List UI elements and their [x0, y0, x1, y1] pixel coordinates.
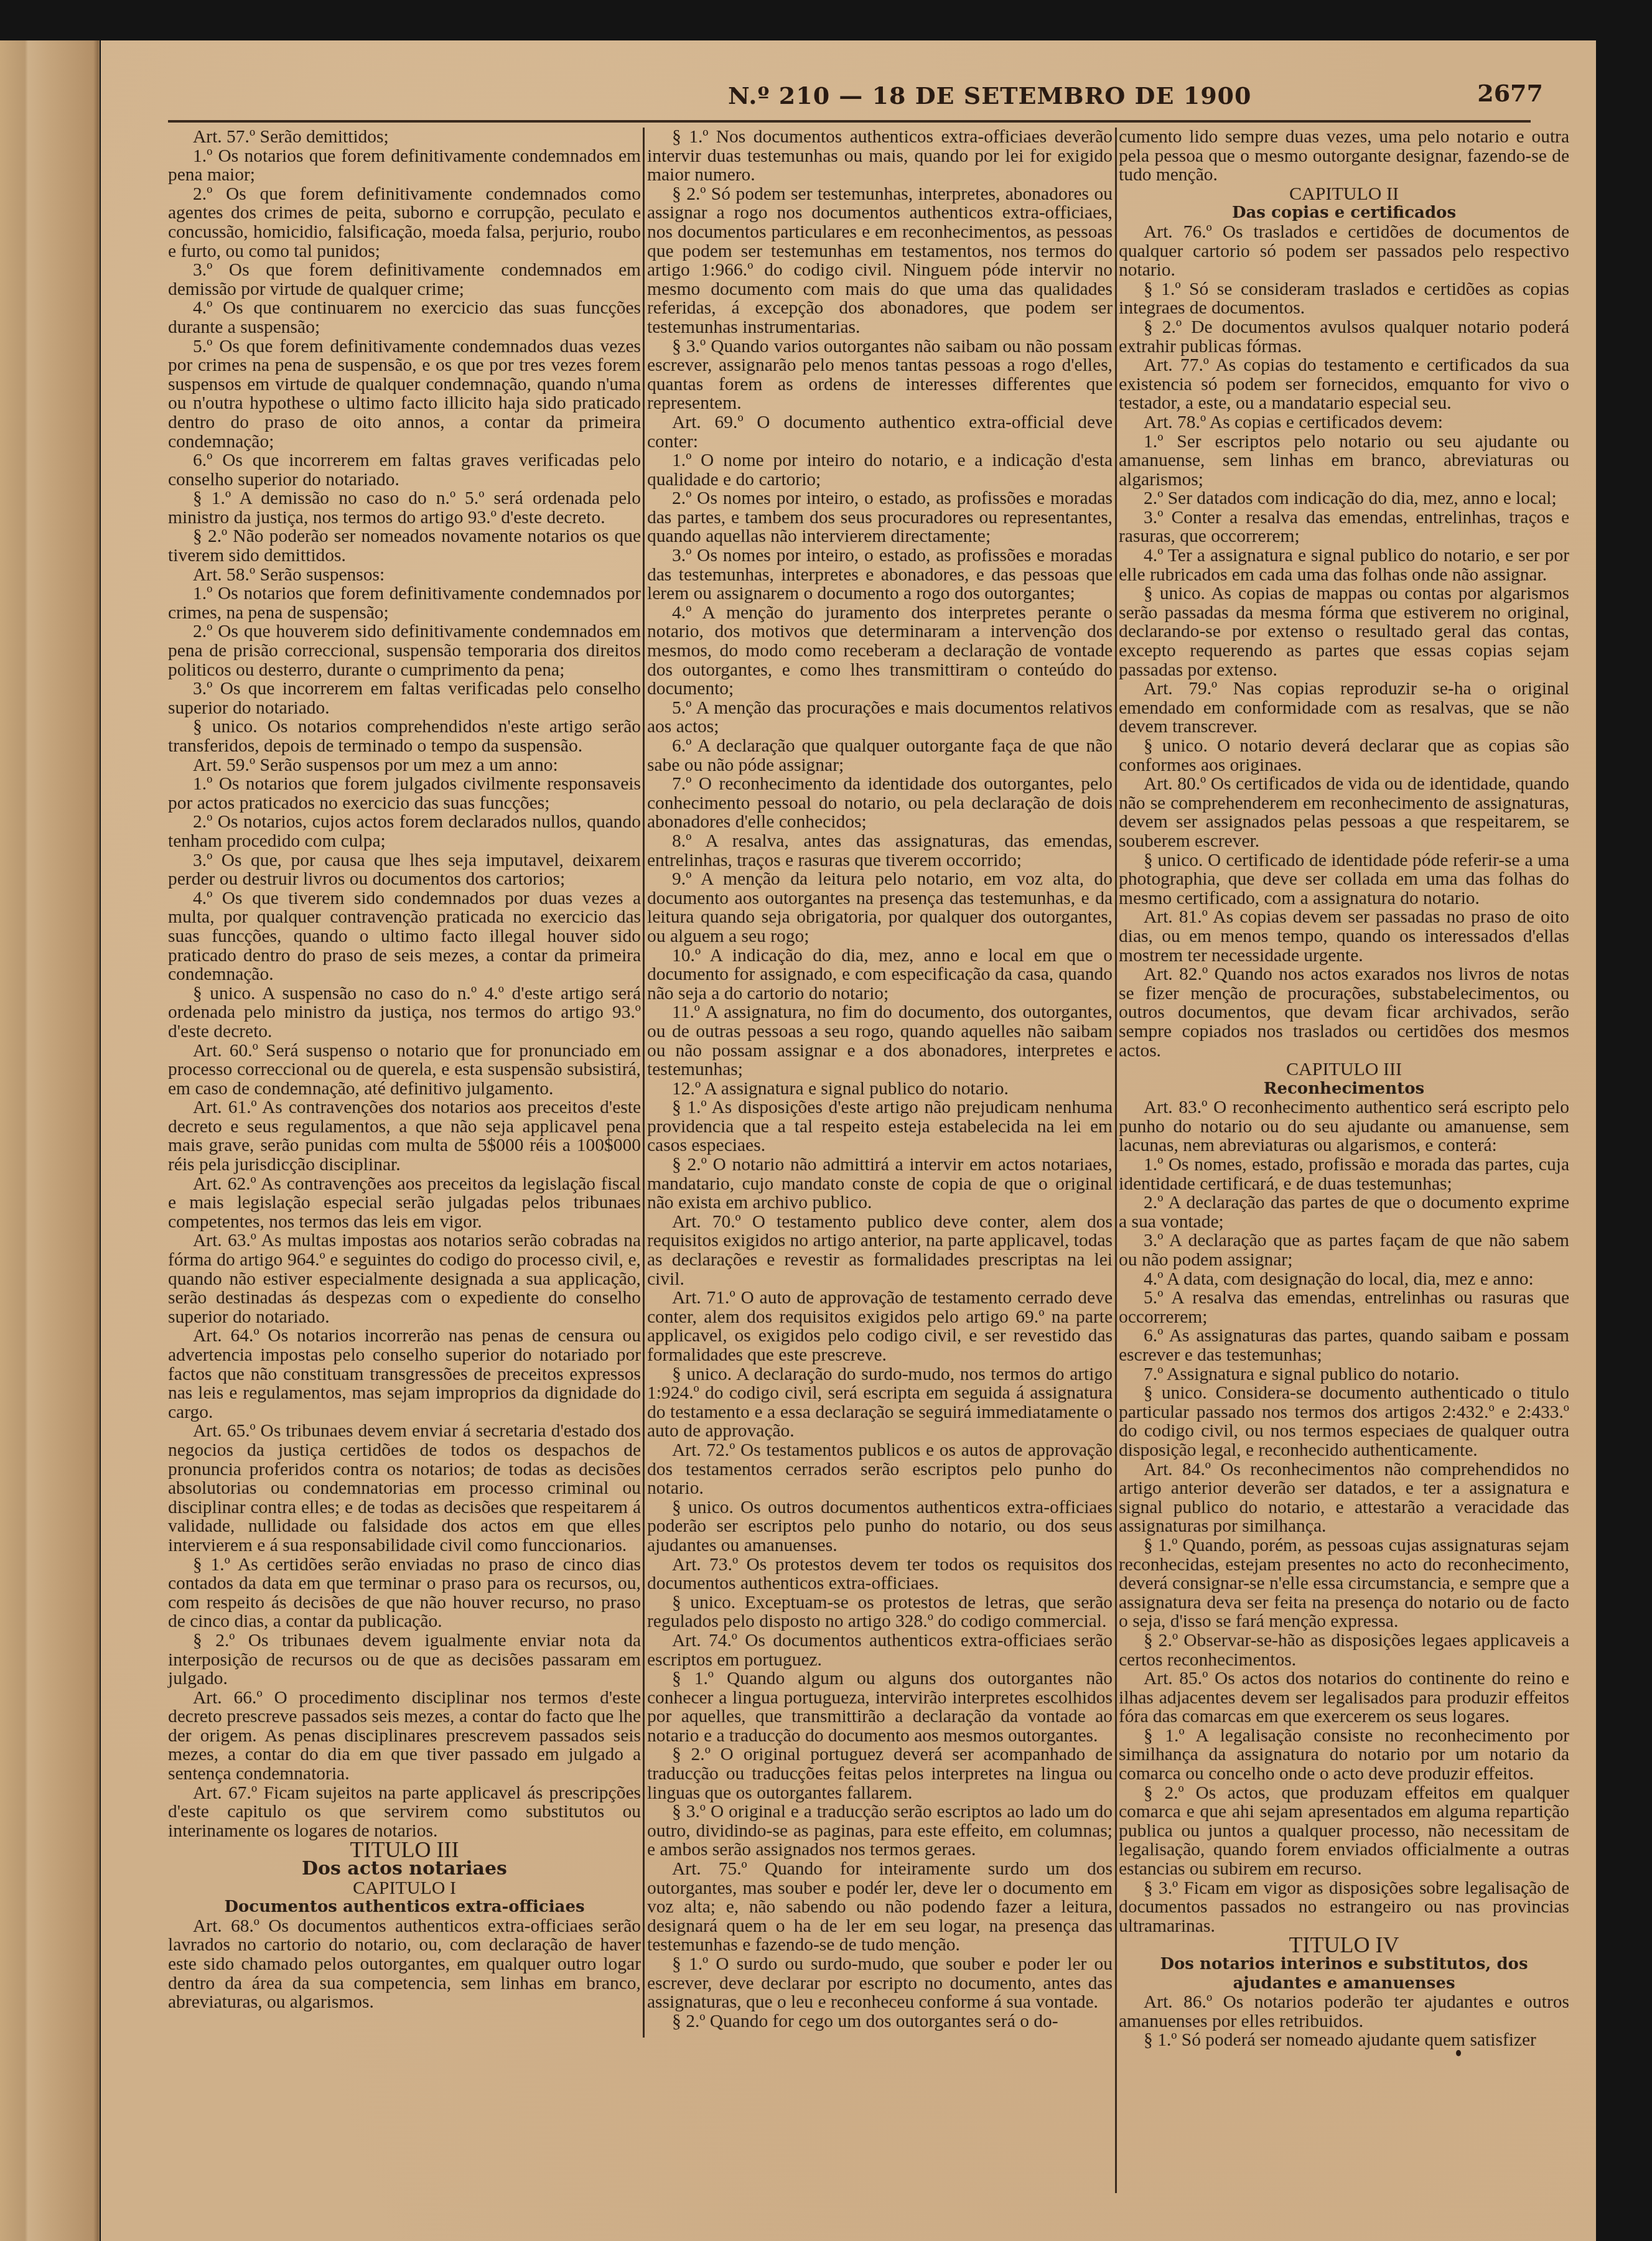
paragraph: Art. 60.º Será suspenso o notario que fo…	[168, 1041, 641, 1099]
paragraph: Art. 70.º O testamento publico deve cont…	[647, 1213, 1113, 1288]
paragraph: 3.º Os que incorrerem em faltas verifica…	[168, 679, 641, 717]
paragraph: 2.º Os notarios, cujos actos forem decla…	[168, 813, 641, 850]
paragraph: Art. 78.º As copias e certificados devem…	[1119, 413, 1569, 432]
column-right: cumento lido sempre duas vezes, uma pelo…	[1119, 128, 1569, 2050]
paragraph: 4.º Os que continuarem no exercicio das …	[168, 299, 641, 337]
paragraph: § 2.º Não poderão ser nomeados novamente…	[168, 527, 641, 565]
paragraph: § unico. Os notarios comprehendidos n'es…	[168, 717, 641, 755]
paragraph: § unico. O certificado de identidade pód…	[1119, 851, 1569, 908]
paragraph: Art. 69.º O documento authentico extra-o…	[647, 413, 1113, 451]
paragraph: § 3.º O original e a traducção serão esc…	[647, 1802, 1113, 1860]
gazette-page: N.º 210 — 18 DE SETEMBRO DE 1900 2677 Ar…	[101, 40, 1596, 2241]
paragraph: § 3.º Quando varios outorgantes não saib…	[647, 337, 1113, 413]
paragraph: § 3.º Ficam em vigor as disposições sobr…	[1119, 1879, 1569, 1936]
paragraph: Art. 63.º As multas impostas aos notario…	[168, 1231, 641, 1326]
paragraph: Art. 68.º Os documentos authenticos extr…	[168, 1917, 641, 2012]
paragraph: § 2.º O original portuguez deverá ser ac…	[647, 1745, 1113, 1802]
paragraph: Art. 85.º Os actos dos notarios do conti…	[1119, 1669, 1569, 1726]
paragraph: § unico. As copias de mappas ou contas p…	[1119, 584, 1569, 679]
paragraph: Art. 59.º Serão suspensos por um mez a u…	[168, 756, 641, 775]
paragraph: § 2.º De documentos avulsos qualquer not…	[1119, 318, 1569, 356]
paragraph: § unico. Considera-se documento authenti…	[1119, 1384, 1569, 1460]
paragraph: 7.º O reconhecimento da identidade dos o…	[647, 775, 1113, 832]
column-left: Art. 57.º Serão demittidos;1.º Os notari…	[168, 128, 641, 2012]
paragraph: Art. 83.º O reconhecimento authentico se…	[1119, 1098, 1569, 1155]
paragraph: § 1.º Nos documentos authenticos extra-o…	[647, 128, 1113, 185]
capitulo-heading: CAPITULO III	[1119, 1060, 1569, 1079]
paragraph: Art. 86.º Os notarios poderão ter ajudan…	[1119, 1993, 1569, 2031]
paragraph: § 2.º O notario não admittirá a intervir…	[647, 1155, 1113, 1213]
paragraph: § 1.º Só poderá ser nomeado ajudante que…	[1119, 2031, 1569, 2050]
paragraph: Art. 61.º As contravenções dos notarios …	[168, 1098, 641, 1174]
paragraph: Art. 62.º As contravenções aos preceitos…	[168, 1175, 641, 1232]
paragraph: 3.º Os que, por causa que lhes seja impu…	[168, 851, 641, 889]
paragraph: § 2.º Os actos, que produzam effeitos em…	[1119, 1784, 1569, 1879]
section-subheading: Dos notarios interinos e substitutos, do…	[1119, 1955, 1569, 1993]
column-divider	[643, 128, 645, 2038]
paragraph: Art. 65.º Os tribunaes devem enviar á se…	[168, 1422, 641, 1555]
paragraph: Art. 66.º O procedimento disciplinar nos…	[168, 1689, 641, 1784]
paragraph: § 1.º A legalisação consiste no reconhec…	[1119, 1726, 1569, 1784]
column-divider	[1115, 128, 1117, 2193]
paragraph: § 2.º Os tribunaes devem igualmente envi…	[168, 1631, 641, 1689]
paragraph: 5.º A resalva das emendas, entrelinhas o…	[1119, 1288, 1569, 1326]
paragraph: 11.º A assignatura, no fim do documento,…	[647, 1003, 1113, 1079]
paragraph: Art. 67.º Ficam sujeitos na parte applic…	[168, 1784, 641, 1841]
section-subheading: Documentos authenticos extra-officiaes	[168, 1898, 641, 1917]
issue-title: N.º 210 — 18 DE SETEMBRO DE 1900	[728, 82, 1251, 109]
paragraph: Art. 75.º Quando for inteiramente surdo …	[647, 1860, 1113, 1955]
section-subheading: Das copias e certificados	[1119, 203, 1569, 223]
paragraph: § unico. A suspensão no caso do n.º 4.º …	[168, 984, 641, 1041]
paragraph: 8.º A resalva, antes das assignaturas, d…	[647, 832, 1113, 870]
paragraph: 4.º Ter a assignatura e signal publico d…	[1119, 546, 1569, 584]
paragraph: Art. 81.º As copias devem ser passadas n…	[1119, 908, 1569, 965]
capitulo-heading: CAPITULO II	[1119, 185, 1569, 204]
paragraph: 3.º Conter a resalva das emendas, entrel…	[1119, 508, 1569, 546]
paragraph: 7.º Assignatura e signal publico do nota…	[1119, 1365, 1569, 1384]
paragraph: § unico. Os outros documentos authentico…	[647, 1498, 1113, 1555]
paragraph: 4.º Os que tiverem sido condemnados por …	[168, 889, 641, 984]
paragraph: Art. 64.º Os notarios incorrerão nas pen…	[168, 1326, 641, 1422]
paragraph: § 1.º Só se consideram traslados e certi…	[1119, 280, 1569, 318]
paragraph: 1.º Os notarios que forem definitivament…	[168, 584, 641, 622]
paragraph: 4.º A menção do juramento dos interprete…	[647, 603, 1113, 699]
paragraph: § 2.º Quando for cego um dos outorgantes…	[647, 2012, 1113, 2031]
titulo-heading: TITULO III	[168, 1840, 641, 1860]
paragraph: Art. 58.º Serão suspensos:	[168, 566, 641, 585]
paragraph: § 1.º O surdo ou surdo-mudo, que souber …	[647, 1955, 1113, 2012]
paragraph: 2.º Os nomes por inteiro, o estado, as p…	[647, 489, 1113, 546]
paragraph: § 2.º Só podem ser testemunhas, interpre…	[647, 185, 1113, 337]
paragraph: 1.º Os notarios que forem julgados civil…	[168, 775, 641, 813]
paragraph: 6.º A declaração que qualquer outorgante…	[647, 737, 1113, 775]
paragraph: Art. 72.º Os testamentos publicos e os a…	[647, 1441, 1113, 1498]
paragraph: 5.º Os que forem definitivamente condemn…	[168, 337, 641, 452]
header-rule	[168, 120, 1531, 123]
paragraph: 2.º Os que houverem sido definitivamente…	[168, 622, 641, 679]
paragraph: 1.º Os notarios que forem definitivament…	[168, 147, 641, 185]
paragraph: 5.º A menção das procurações e mais docu…	[647, 699, 1113, 737]
paragraph: § unico. O notario deverá declarar que a…	[1119, 737, 1569, 775]
paragraph: 6.º Os que incorrerem em faltas graves v…	[168, 451, 641, 489]
paragraph: Art. 80.º Os certificados de vida ou de …	[1119, 775, 1569, 850]
paragraph: Art. 84.º Os reconhecimentos não compreh…	[1119, 1460, 1569, 1536]
paragraph: 1.º O nome por inteiro do notario, e a i…	[647, 451, 1113, 489]
paragraph: § 1.º Quando algum ou alguns dos outorga…	[647, 1669, 1113, 1745]
paragraph: cumento lido sempre duas vezes, uma pelo…	[1119, 128, 1569, 185]
paragraph: 6.º As assignaturas das partes, quando s…	[1119, 1326, 1569, 1364]
paragraph: 10.º A indicação do dia, mez, anno e loc…	[647, 946, 1113, 1004]
paragraph: 3.º Os nomes por inteiro, o estado, as p…	[647, 546, 1113, 603]
paragraph: Art. 74.º Os documentos authenticos extr…	[647, 1631, 1113, 1669]
facing-page-spine	[0, 40, 100, 2241]
paragraph: § unico. Exceptuam-se os protestos de le…	[647, 1593, 1113, 1631]
ink-spot	[1456, 2050, 1461, 2056]
paragraph: 2.º A declaração das partes de que o doc…	[1119, 1193, 1569, 1231]
paragraph: § 1.º Quando, porém, as pessoas cujas as…	[1119, 1536, 1569, 1631]
paragraph: 2.º Ser datados com indicação do dia, me…	[1119, 489, 1569, 508]
section-subheading: Dos actos notariaes	[168, 1860, 641, 1879]
page-header: N.º 210 — 18 DE SETEMBRO DE 1900 2677	[168, 70, 1556, 120]
paragraph: Art. 76.º Os traslados e certidões de do…	[1119, 223, 1569, 280]
paragraph: Art. 82.º Quando nos actos exarados nos …	[1119, 965, 1569, 1060]
paragraph: 1.º Ser escriptos pelo notario ou seu aj…	[1119, 432, 1569, 490]
paragraph: Art. 73.º Os protestos devem ter todos o…	[647, 1555, 1113, 1593]
paragraph: 1.º Os nomes, estado, profissão e morada…	[1119, 1155, 1569, 1193]
paragraph: § 1.º As disposições d'este artigo não p…	[647, 1098, 1113, 1155]
paragraph: Art. 77.º As copias do testamento e cert…	[1119, 356, 1569, 413]
paragraph: § 1.º As certidões serão enviadas no pra…	[168, 1555, 641, 1631]
titulo-heading: TITULO IV	[1119, 1936, 1569, 1955]
paragraph: Art. 57.º Serão demittidos;	[168, 128, 641, 147]
paragraph: § 1.º A demissão no caso do n.º 5.º será…	[168, 489, 641, 527]
paragraph: 4.º A data, com designação do local, dia…	[1119, 1270, 1569, 1289]
column-middle: § 1.º Nos documentos authenticos extra-o…	[647, 128, 1113, 2031]
paragraph: § unico. A declaração do surdo-mudo, nos…	[647, 1365, 1113, 1441]
paragraph: 12.º A assignatura e signal publico do n…	[647, 1079, 1113, 1099]
paragraph: 3.º A declaração que as partes façam de …	[1119, 1231, 1569, 1269]
paragraph: Art. 79.º Nas copias reproduzir se-ha o …	[1119, 679, 1569, 737]
capitulo-heading: CAPITULO I	[168, 1879, 641, 1898]
paragraph: 3.º Os que forem definitivamente condemn…	[168, 261, 641, 299]
paragraph: § 2.º Observar-se-hão as disposições leg…	[1119, 1631, 1569, 1669]
paragraph: 2.º Os que forem definitivamente condemn…	[168, 185, 641, 261]
paragraph: 9.º A menção da leitura pelo notario, em…	[647, 870, 1113, 946]
paragraph: Art. 71.º O auto de approvação de testam…	[647, 1288, 1113, 1364]
section-subheading: Reconhecimentos	[1119, 1079, 1569, 1099]
page-number: 2677	[1477, 79, 1543, 107]
